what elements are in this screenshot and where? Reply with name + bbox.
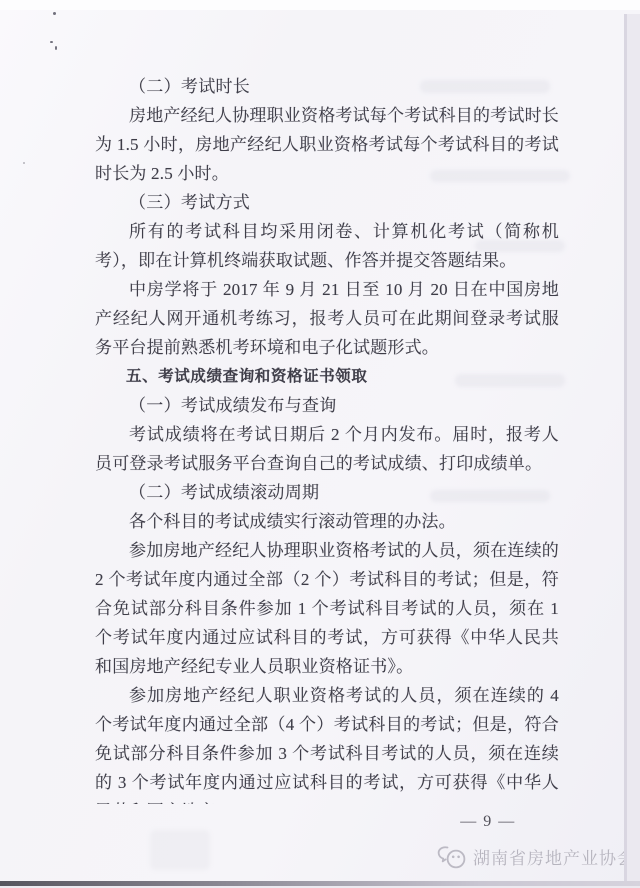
scan-smudge <box>430 170 570 182</box>
body-paragraph: 考试成绩将在考试日期后 2 个月内发布。届时，报考人员可登录考试服务平台查询自己… <box>95 420 559 478</box>
scan-speck <box>55 46 57 50</box>
scan-speck <box>50 41 53 43</box>
scan-speck <box>53 12 56 15</box>
scan-right-edge <box>624 14 640 888</box>
body-paragraph: 各个科目的考试成绩实行滚动管理的办法。 <box>95 507 559 536</box>
scan-smudge <box>420 80 550 93</box>
wechat-logo-icon <box>436 843 468 870</box>
scan-smudge <box>430 490 550 502</box>
page-number: — 9 — <box>447 813 529 831</box>
scan-smudge <box>455 374 565 387</box>
scan-smudge <box>475 240 565 252</box>
body-paragraph: 参加房地产经纪人协理职业资格考试的人员，须在连续的 2 个考试年度内通过全部（2… <box>95 536 559 681</box>
clause-heading: （三）考试方式 <box>95 188 559 217</box>
scan-smudge <box>150 830 210 870</box>
scanned-document-page: （二）考试时长房地产经纪人协理职业资格考试每个考试科目的考试时长为 1.5 小时… <box>0 0 640 888</box>
watermark: 湖南省房地产业协会 <box>436 842 635 870</box>
body-paragraph: 参加房地产经纪人职业资格考试的人员，须在连续的 4 个考试年度内通过全部（4 个… <box>95 681 559 804</box>
body-paragraph: 中房学将于 2017 年 9 月 21 日至 10 月 20 日在中国房地产经纪… <box>95 275 559 362</box>
watermark-text: 湖南省房地产业协会 <box>473 844 635 869</box>
scan-top-edge <box>0 0 640 10</box>
clause-heading: （一）考试成绩发布与查询 <box>95 391 559 420</box>
scan-speck <box>23 162 25 164</box>
